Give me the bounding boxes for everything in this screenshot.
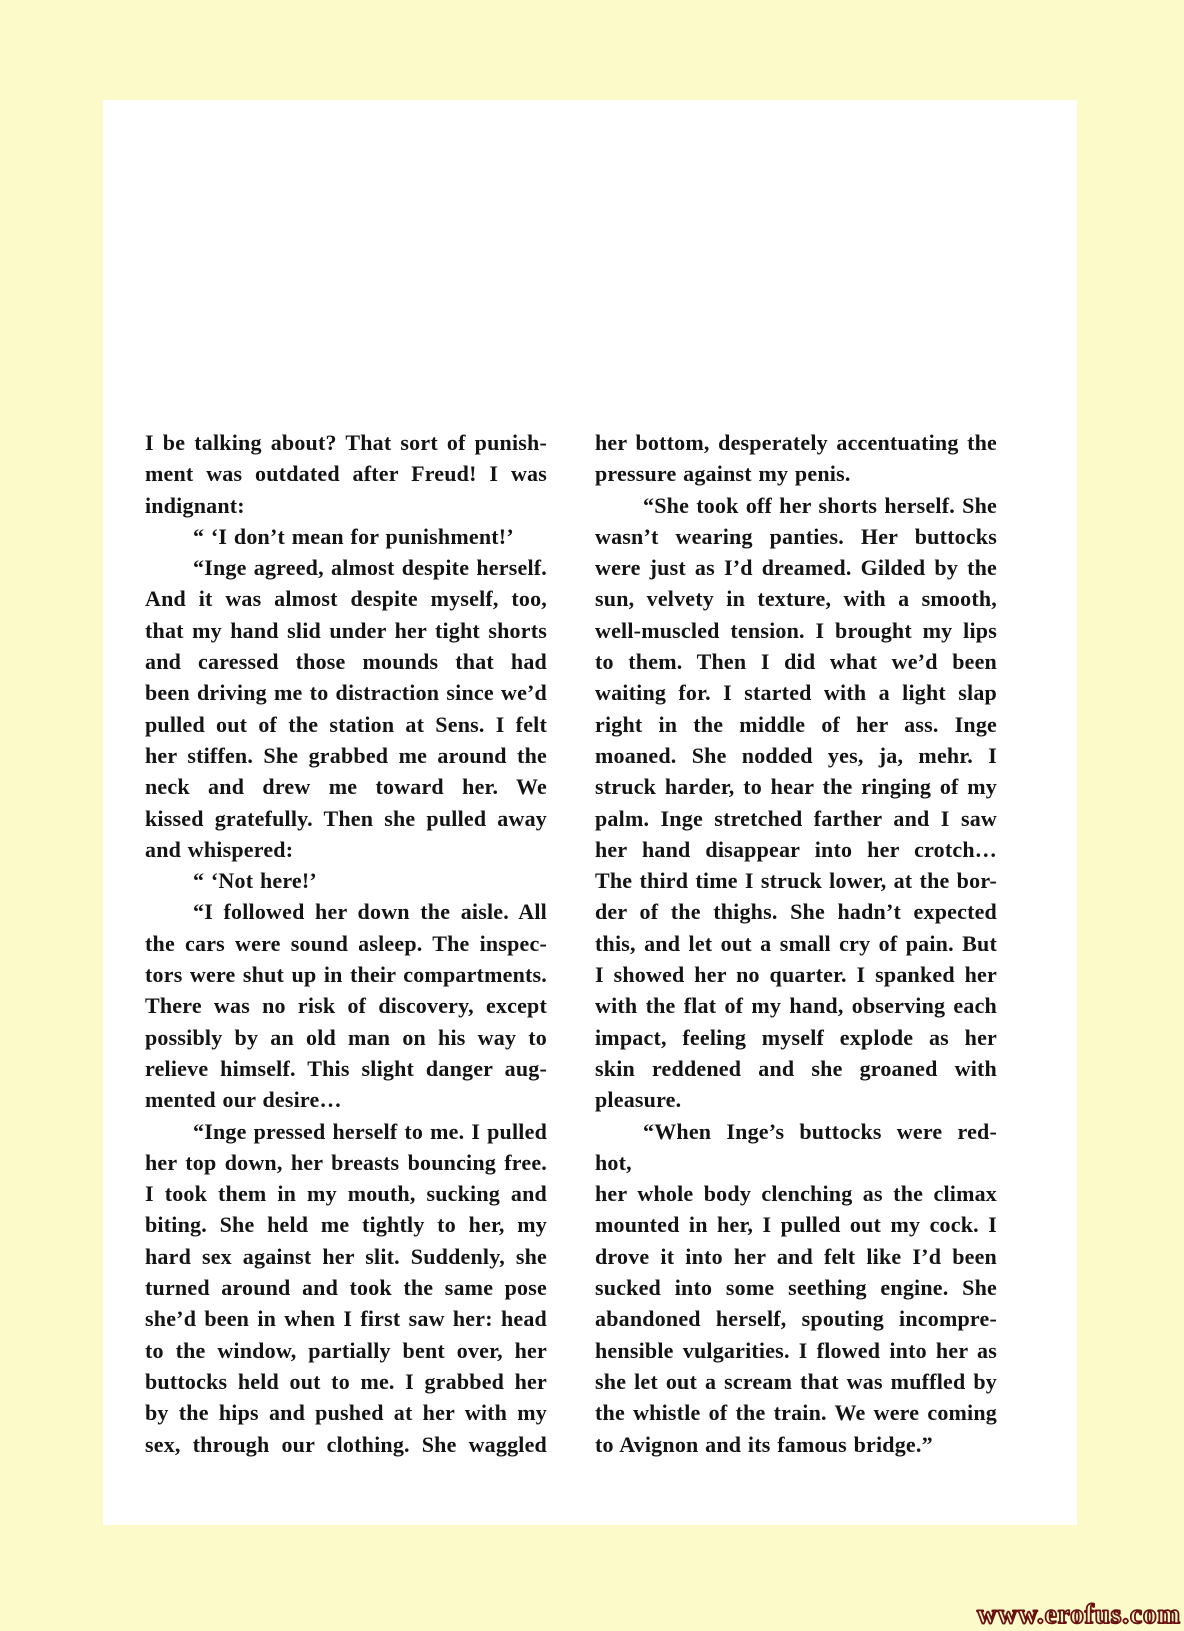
- text-line: with the flat of my hand, observing each: [595, 990, 997, 1021]
- text-line: and caressed those mounds that had: [145, 646, 547, 677]
- text-line: palm. Inge stretched farther and I saw: [595, 803, 997, 834]
- text-line: der of the thighs. She hadn’t expected: [595, 896, 997, 927]
- text-line: waiting for. I started with a light slap: [595, 677, 997, 708]
- text-line: “ ‘Not here!’: [145, 865, 547, 896]
- text-line: the cars were sound asleep. The inspec-: [145, 928, 547, 959]
- text-line: skin reddened and she groaned with: [595, 1053, 997, 1084]
- text-line: her hand disappear into her crotch…: [595, 834, 997, 865]
- text-line: I took them in my mouth, sucking and: [145, 1178, 547, 1209]
- text-line: and whispered:: [145, 834, 547, 865]
- text-line: kissed gratefully. Then she pulled away: [145, 803, 547, 834]
- text-line: pleasure.: [595, 1084, 997, 1115]
- text-line: her bottom, desperately accentuating the: [595, 427, 997, 458]
- text-line: to them. Then I did what we’d been: [595, 646, 997, 677]
- text-line: that my hand slid under her tight shorts: [145, 615, 547, 646]
- text-line: the whistle of the train. We were coming: [595, 1397, 997, 1428]
- paragraph: I be talking about? That sort of punish-…: [145, 427, 547, 521]
- text-line: possibly by an old man on his way to: [145, 1022, 547, 1053]
- text-column-left: I be talking about? That sort of punish-…: [145, 427, 547, 1460]
- text-line: struck harder, to hear the ringing of my: [595, 771, 997, 802]
- text-line: neck and drew me toward her. We: [145, 771, 547, 802]
- text-line: she’d been in when I first saw her: head: [145, 1303, 547, 1334]
- text-line: been driving me to distraction since we’…: [145, 677, 547, 708]
- text-line: pulled out of the station at Sens. I fel…: [145, 709, 547, 740]
- text-line: to Avignon and its famous bridge.”: [595, 1429, 997, 1460]
- text-line: I showed her no quarter. I spanked her: [595, 959, 997, 990]
- text-line: by the hips and pushed at her with my: [145, 1397, 547, 1428]
- text-line: her top down, her breasts bouncing free.: [145, 1147, 547, 1178]
- text-line: hard sex against her slit. Suddenly, she: [145, 1241, 547, 1272]
- text-line: “When Inge’s buttocks were red-hot,: [595, 1116, 997, 1179]
- text-line: buttocks held out to me. I grabbed her: [145, 1366, 547, 1397]
- paragraph: her bottom, desperately accentuating the…: [595, 427, 997, 490]
- text-line: wasn’t wearing panties. Her buttocks: [595, 521, 997, 552]
- text-line: sucked into some seething engine. She: [595, 1272, 997, 1303]
- text-line: her stiffen. She grabbed me around the: [145, 740, 547, 771]
- paragraph: “She took off her shorts herself. Shewas…: [595, 490, 997, 1116]
- paragraph: “Inge agreed, almost despite herself.And…: [145, 552, 547, 865]
- paragraph: “When Inge’s buttocks were red-hot,her w…: [595, 1116, 997, 1460]
- text-line: abandoned herself, spouting incompre-: [595, 1303, 997, 1334]
- text-line: mented our desire…: [145, 1084, 547, 1115]
- text-line: “Inge agreed, almost despite herself.: [145, 552, 547, 583]
- text-line: tors were shut up in their compartments.: [145, 959, 547, 990]
- watermark-url: www.erofus.com: [977, 1599, 1181, 1630]
- text-line: sex, through our clothing. She waggled: [145, 1429, 547, 1460]
- paragraph: “Inge pressed herself to me. I pulledher…: [145, 1116, 547, 1460]
- text-line: ment was outdated after Freud! I was: [145, 458, 547, 489]
- text-line: to the window, partially bent over, her: [145, 1335, 547, 1366]
- paragraph: “I followed her down the aisle. Allthe c…: [145, 896, 547, 1115]
- text-line: were just as I’d dreamed. Gilded by the: [595, 552, 997, 583]
- text-line: right in the middle of her ass. Inge: [595, 709, 997, 740]
- text-line: biting. She held me tightly to her, my: [145, 1209, 547, 1240]
- text-line: “She took off her shorts herself. She: [595, 490, 997, 521]
- paragraph: “ ‘I don’t mean for punishment!’: [145, 521, 547, 552]
- text-line: And it was almost despite myself, too,: [145, 583, 547, 614]
- text-line: I be talking about? That sort of punish-: [145, 427, 547, 458]
- text-line: “I followed her down the aisle. All: [145, 896, 547, 927]
- text-line: drove it into her and felt like I’d been: [595, 1241, 997, 1272]
- paragraph: “ ‘Not here!’: [145, 865, 547, 896]
- text-line: hensible vulgarities. I flowed into her …: [595, 1335, 997, 1366]
- text-line: mounted in her, I pulled out my cock. I: [595, 1209, 997, 1240]
- text-line: sun, velvety in texture, with a smooth,: [595, 583, 997, 614]
- text-line: this, and let out a small cry of pain. B…: [595, 928, 997, 959]
- text-line: indignant:: [145, 490, 547, 521]
- text-line: impact, feeling myself explode as her: [595, 1022, 997, 1053]
- text-line: she let out a scream that was muffled by: [595, 1366, 997, 1397]
- text-line: There was no risk of discovery, except: [145, 990, 547, 1021]
- page-text: I be talking about? That sort of punish-…: [145, 427, 997, 1460]
- text-line: her whole body clenching as the climax: [595, 1178, 997, 1209]
- text-line: pressure against my penis.: [595, 458, 997, 489]
- text-line: “ ‘I don’t mean for punishment!’: [145, 521, 547, 552]
- text-line: relieve himself. This slight danger aug-: [145, 1053, 547, 1084]
- text-line: well-muscled tension. I brought my lips: [595, 615, 997, 646]
- scan-background: I be talking about? That sort of punish-…: [0, 0, 1184, 1631]
- text-line: turned around and took the same pose: [145, 1272, 547, 1303]
- text-column-right: her bottom, desperately accentuating the…: [595, 427, 997, 1460]
- text-line: moaned. She nodded yes, ja, mehr. I: [595, 740, 997, 771]
- text-line: The third time I struck lower, at the bo…: [595, 865, 997, 896]
- text-line: “Inge pressed herself to me. I pulled: [145, 1116, 547, 1147]
- book-page: I be talking about? That sort of punish-…: [103, 100, 1077, 1525]
